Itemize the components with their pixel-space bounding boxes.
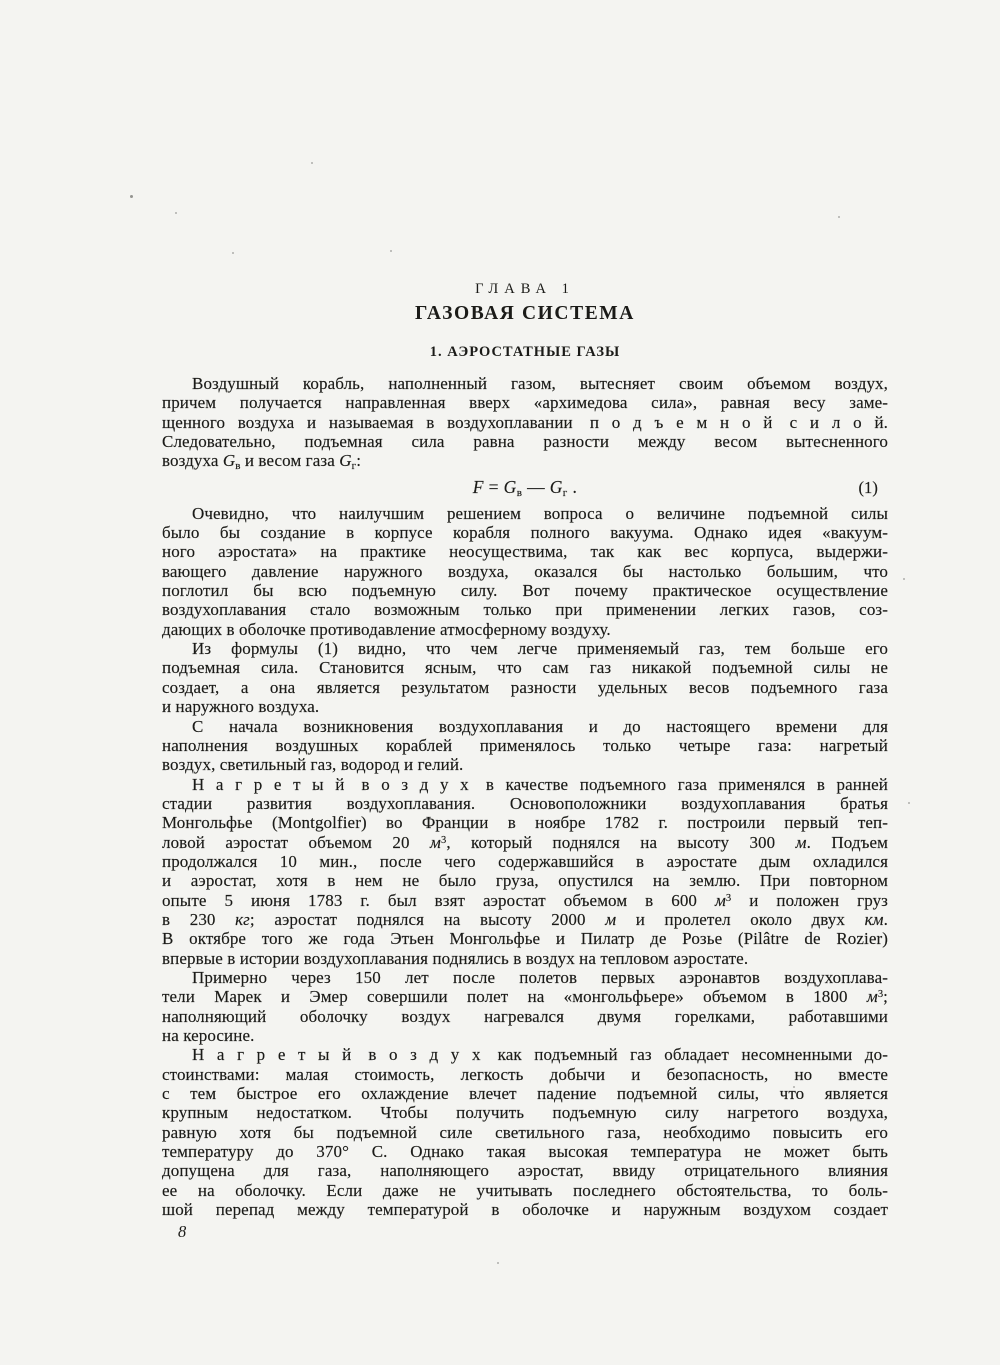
text-line: В октябре того же года Этьен Монгольфье … xyxy=(162,929,888,948)
scan-speck xyxy=(497,1262,499,1264)
equation: F = Gв — Gг .(1) xyxy=(162,471,888,504)
text-line: ного аэростата» на практике неосуществим… xyxy=(162,542,888,561)
text-line: на керосине. xyxy=(162,1026,888,1045)
text-line: шой перепад между температурой в оболочк… xyxy=(162,1200,888,1219)
chapter-title: ГАЗОВАЯ СИСТЕМА xyxy=(162,303,888,325)
text-line: Воздушный корабль, наполненный газом, вы… xyxy=(162,374,888,393)
scan-speck xyxy=(130,195,133,198)
text-line: тели Марек и Эмер совершили полет на «мо… xyxy=(162,987,888,1006)
text-line: ее на оболочку. Если даже не учитывать п… xyxy=(162,1181,888,1200)
text-line: создает, а она является результатом разн… xyxy=(162,678,888,697)
text-line: было бы создание в корпусе корабля полно… xyxy=(162,523,888,542)
text-line: воздухоплавания стало возможным только п… xyxy=(162,600,888,619)
scan-speck xyxy=(908,802,910,804)
text-line: равную хотя бы подъемной силе светильног… xyxy=(162,1123,888,1142)
paragraph: Воздушный корабль, наполненный газом, вы… xyxy=(162,374,888,471)
text-line: С начала возникновения воздухоплавания и… xyxy=(162,717,888,736)
scan-speck xyxy=(311,162,313,164)
text-line: Из формулы (1) видно, что чем легче прим… xyxy=(162,639,888,658)
scan-speck xyxy=(232,252,234,254)
text-line: дающих в оболочке противодавление атмосф… xyxy=(162,620,888,639)
text-line: Примерно через 150 лет после полетов пер… xyxy=(162,968,888,987)
text-line: продолжался 10 мин., после чего содержав… xyxy=(162,852,888,871)
text-line: причем получается направленная вверх «ар… xyxy=(162,393,888,412)
scan-speck xyxy=(175,212,177,214)
text-line: стадии развития воздухоплавания. Основоп… xyxy=(162,794,888,813)
text-line: Н а г р е т ы й в о з д у х в качестве п… xyxy=(162,775,888,794)
equation-expression: F = Gв — Gг . xyxy=(473,477,578,497)
text-line: вающего давление наружного воздуха, оказ… xyxy=(162,562,888,581)
text-line: Следовательно, подъемная сила равна разн… xyxy=(162,432,888,451)
text-line: крупным недостатком. Чтобы получить подъ… xyxy=(162,1103,888,1122)
paragraph: Н а г р е т ы й в о з д у х в качестве п… xyxy=(162,775,888,968)
scan-speck xyxy=(838,216,840,218)
text-line: в 230 кг; аэростат поднялся на высоту 20… xyxy=(162,910,888,929)
text-line: с тем быстрое его охлаждение влечет паде… xyxy=(162,1084,888,1103)
text-line: стоинствами: малая стоимость, легкость д… xyxy=(162,1065,888,1084)
page-text: Воздушный корабль, наполненный газом, вы… xyxy=(162,374,888,1219)
scan-speck xyxy=(793,1086,795,1088)
paragraph: С начала возникновения воздухоплавания и… xyxy=(162,717,888,775)
scan-speck xyxy=(903,578,905,580)
scan-speck xyxy=(390,250,392,252)
text-line: Очевидно, что наилучшим решением вопроса… xyxy=(162,504,888,523)
text-line: наполняющий оболочку воздух нагревался д… xyxy=(162,1007,888,1026)
text-line: впервые в истории воздухоплавания поднял… xyxy=(162,949,888,968)
paragraph: Н а г р е т ы й в о з д у х как подъемны… xyxy=(162,1045,888,1219)
paragraph: Примерно через 150 лет после полетов пер… xyxy=(162,968,888,1045)
paragraph: Из формулы (1) видно, что чем легче прим… xyxy=(162,639,888,716)
scan-speck xyxy=(868,690,870,692)
text-line: допущена для газа, наполняющего аэростат… xyxy=(162,1161,888,1180)
text-line: щенного воздуха и называемая в воздухопл… xyxy=(162,413,888,432)
text-line: подъемная сила. Становится ясным, что са… xyxy=(162,658,888,677)
text-line: поглотил бы всю подъемную силу. Вот поче… xyxy=(162,581,888,600)
chapter-label: ГЛАВА 1 xyxy=(162,281,888,298)
text-line: воздуха Gв и весом газа Gг: xyxy=(162,451,888,470)
text-line: и аэростат, хотя в нем не было груза, оп… xyxy=(162,871,888,890)
text-line: температуру до 370° С. Однако такая высо… xyxy=(162,1142,888,1161)
text-line: наполнения воздушных кораблей применялос… xyxy=(162,736,888,755)
equation-number: (1) xyxy=(858,471,878,504)
text-line: воздух, светильный газ, водород и гелий. xyxy=(162,755,888,774)
book-page: ГЛАВА 1 ГАЗОВАЯ СИСТЕМА 1. АЭРОСТАТНЫЕ Г… xyxy=(0,0,1000,1365)
text-line: Н а г р е т ы й в о з д у х как подъемны… xyxy=(162,1045,888,1064)
page-number: 8 xyxy=(178,1222,186,1242)
text-line: ловой аэростат объемом 20 м3, который по… xyxy=(162,833,888,852)
section-heading: 1. АЭРОСТАТНЫЕ ГАЗЫ xyxy=(162,344,888,361)
text-line: Монгольфье (Montgolfier) во Франции в но… xyxy=(162,813,888,832)
text-line: опыте 5 июня 1783 г. был взят аэростат о… xyxy=(162,891,888,910)
text-line: и наружного воздуха. xyxy=(162,697,888,716)
paragraph: Очевидно, что наилучшим решением вопроса… xyxy=(162,504,888,639)
